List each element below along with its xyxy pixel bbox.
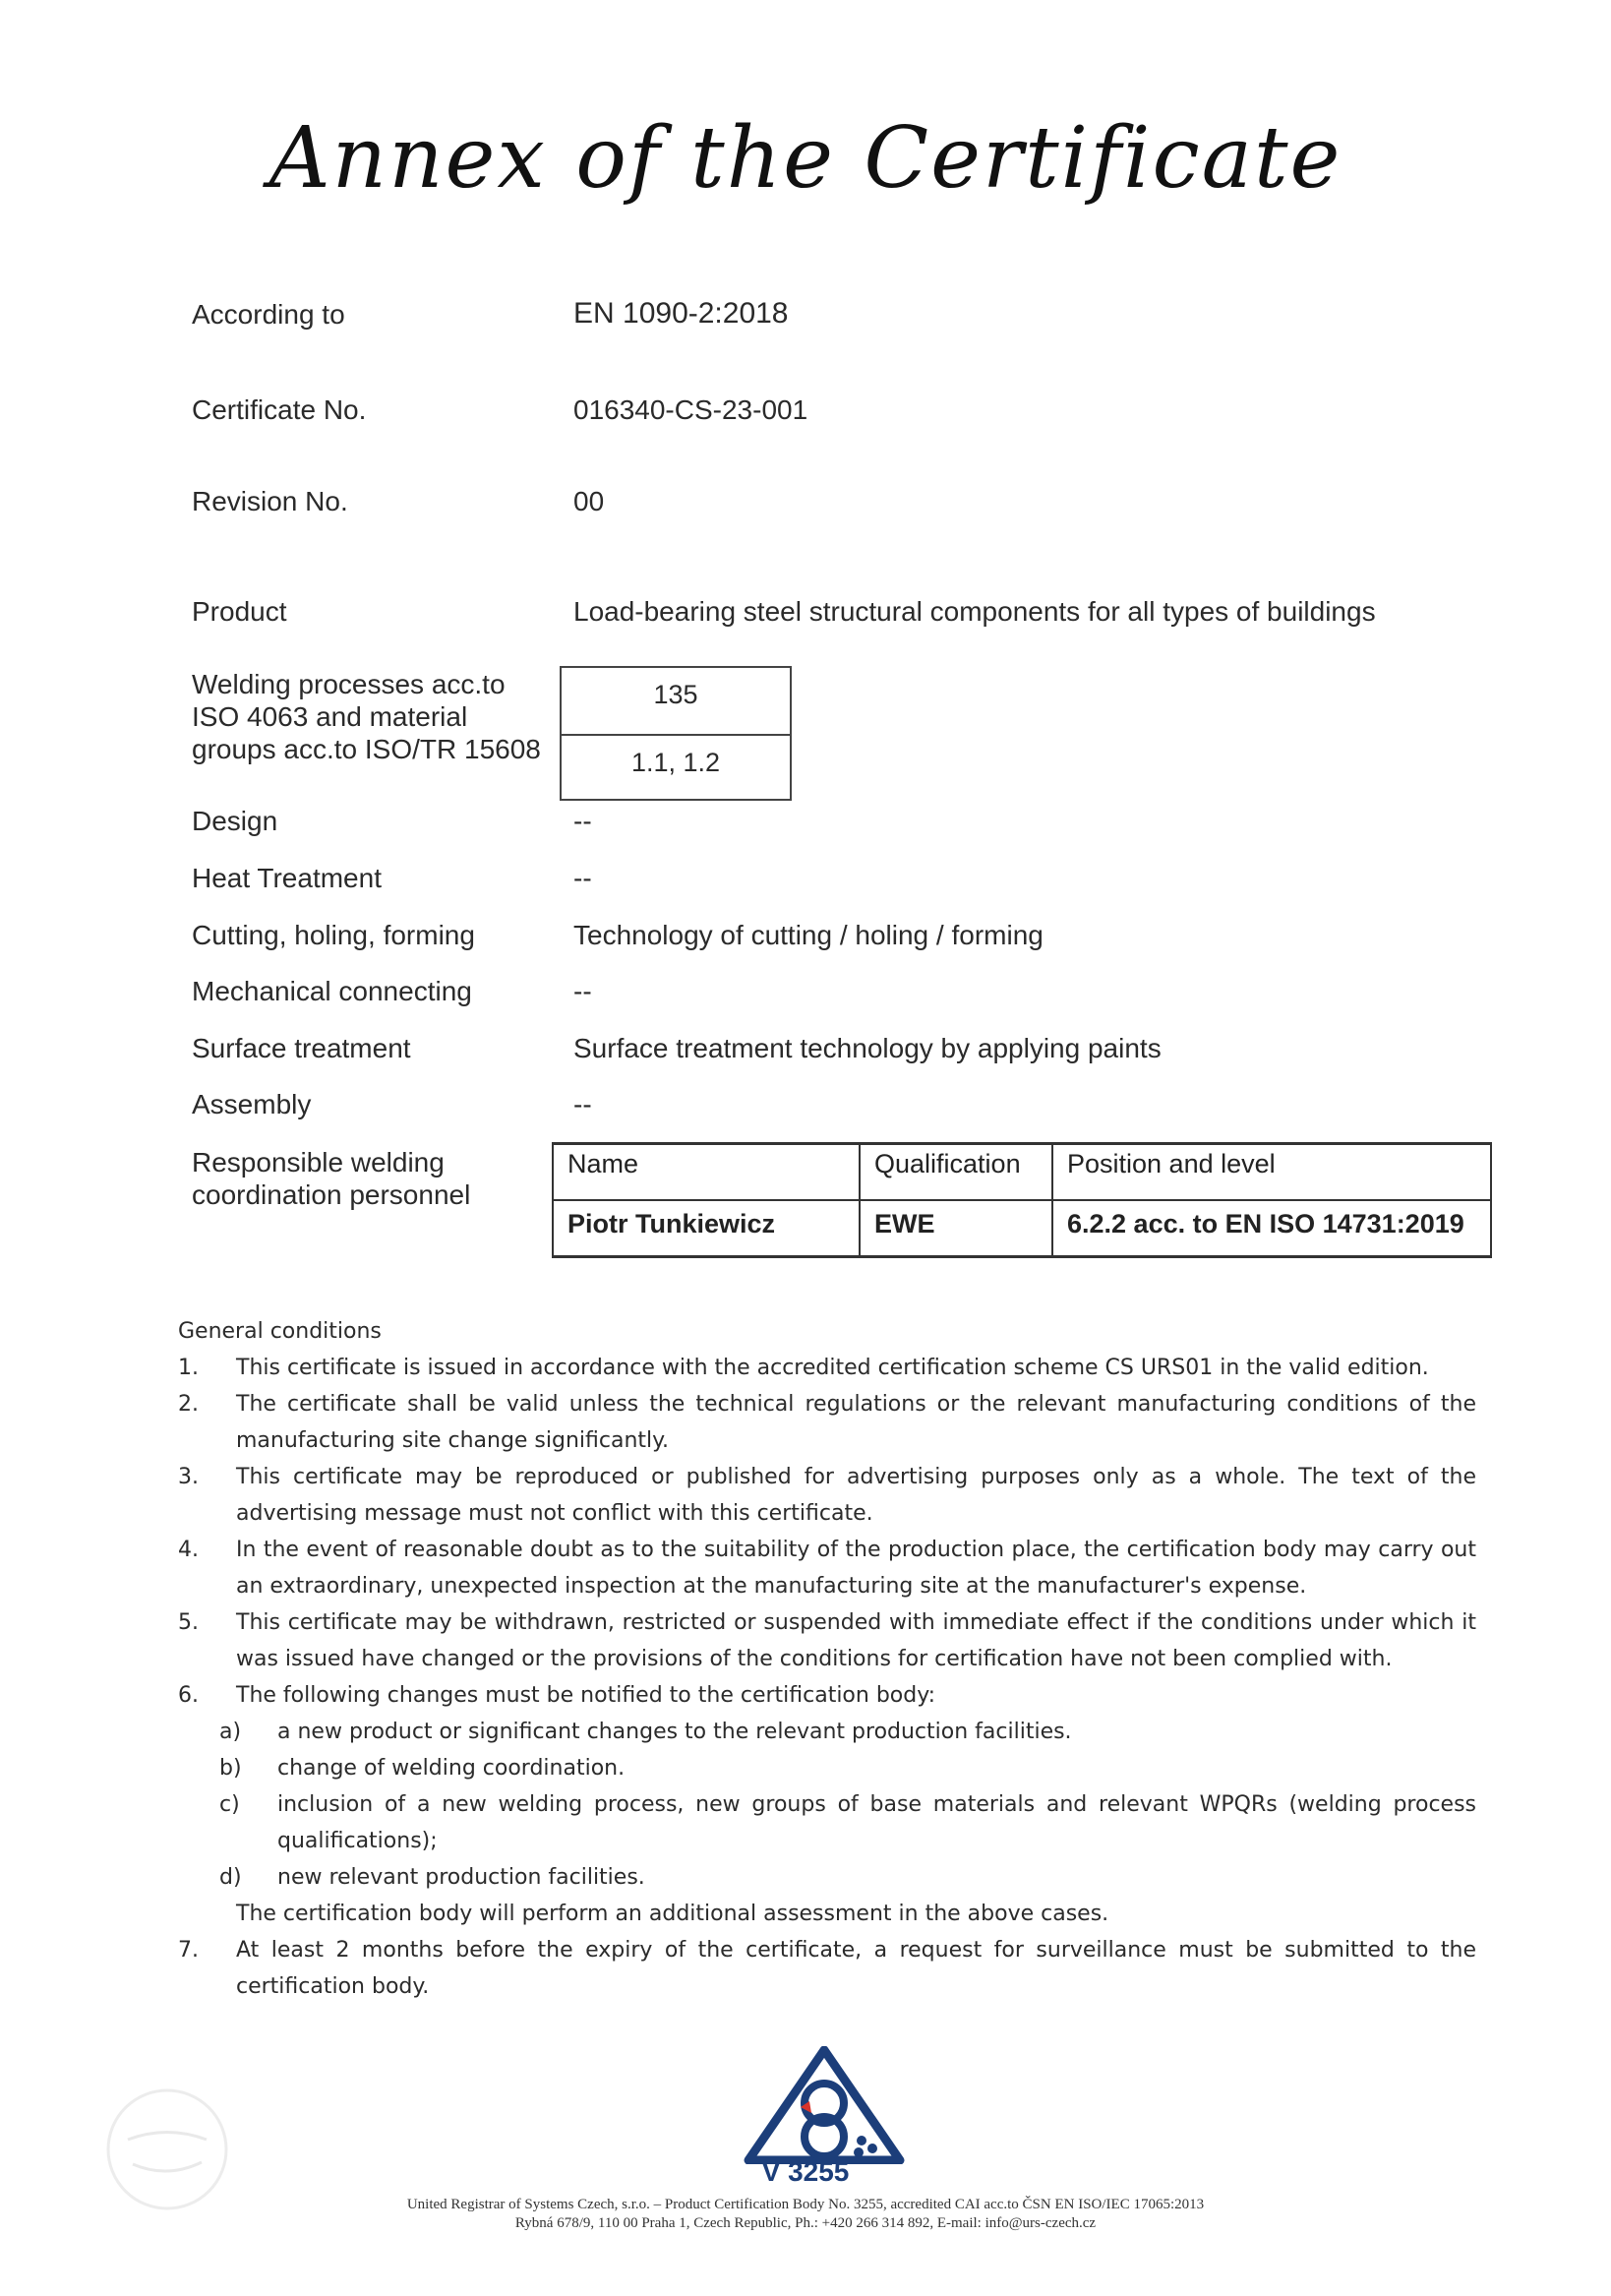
design-label: Design: [192, 805, 277, 837]
certificate-no-value: 016340-CS-23-001: [573, 393, 807, 426]
condition-subitem: a)a new product or significant changes t…: [178, 1714, 1476, 1750]
certification-body-code: V 3255: [0, 2156, 1611, 2188]
general-conditions: General conditions 1.This certificate is…: [178, 1313, 1476, 2005]
according-to-value: EN 1090-2:2018: [573, 297, 789, 330]
personnel-label: Responsible welding coordination personn…: [192, 1146, 470, 1211]
conditions-list: 1.This certificate is issued in accordan…: [178, 1350, 1476, 1714]
person-name: Piotr Tunkiewicz: [553, 1200, 860, 1257]
condition-subitem: d)new relevant production facilities.: [178, 1859, 1476, 1896]
condition-subitem: b)change of welding coordination.: [178, 1750, 1476, 1786]
material-groups-cell: 1.1, 1.2: [562, 736, 790, 801]
column-header-name: Name: [553, 1144, 860, 1201]
mechanical-value: --: [573, 975, 592, 1007]
general-conditions-heading: General conditions: [178, 1313, 1476, 1350]
revision-no-label: Revision No.: [192, 485, 348, 517]
condition-item: 7.At least 2 months before the expiry of…: [178, 1932, 1476, 2005]
cutting-label: Cutting, holing, forming: [192, 919, 475, 951]
column-header-position: Position and level: [1052, 1144, 1491, 1201]
revision-no-value: 00: [573, 485, 604, 517]
table-row: Piotr Tunkiewicz EWE 6.2.2 acc. to EN IS…: [553, 1200, 1491, 1257]
table-header-row: Name Qualification Position and level: [553, 1144, 1491, 1201]
column-header-qualification: Qualification: [860, 1144, 1052, 1201]
surface-label: Surface treatment: [192, 1032, 411, 1064]
condition-item: 2.The certificate shall be valid unless …: [178, 1386, 1476, 1459]
condition-item: 3.This certificate may be reproduced or …: [178, 1459, 1476, 1532]
person-position: 6.2.2 acc. to EN ISO 14731:2019: [1052, 1200, 1491, 1257]
condition-item: 6. The following changes must be notifie…: [178, 1677, 1476, 1714]
personnel-table: Name Qualification Position and level Pi…: [552, 1142, 1492, 1258]
certificate-no-label: Certificate No.: [192, 393, 366, 426]
urs-triangle-logo-icon: [741, 2046, 908, 2164]
according-to-label: According to: [192, 298, 345, 331]
footer-address: United Registrar of Systems Czech, s.r.o…: [0, 2196, 1611, 2233]
footer-line-2: Rybná 678/9, 110 00 Praha 1, Czech Repub…: [0, 2214, 1611, 2233]
condition-item: 1.This certificate is issued in accordan…: [178, 1350, 1476, 1386]
assembly-value: --: [573, 1088, 592, 1120]
footer-line-1: United Registrar of Systems Czech, s.r.o…: [0, 2196, 1611, 2214]
assembly-label: Assembly: [192, 1088, 311, 1120]
document-title: Annex of the Certificate: [0, 116, 1611, 201]
product-label: Product: [192, 595, 287, 628]
welding-process-cell: 135: [562, 668, 790, 736]
condition-item: 4.In the event of reasonable doubt as to…: [178, 1532, 1476, 1604]
heat-treatment-label: Heat Treatment: [192, 862, 382, 894]
heat-treatment-value: --: [573, 862, 592, 894]
product-value: Load-bearing steel structural components…: [573, 595, 1376, 628]
cutting-value: Technology of cutting / holing / forming: [573, 919, 1044, 951]
welding-box: 135 1.1, 1.2: [560, 666, 792, 801]
person-qualification: EWE: [860, 1200, 1052, 1257]
design-value: --: [573, 805, 592, 837]
condition-note: The certification body will perform an a…: [178, 1896, 1476, 1932]
condition-sublist: a)a new product or significant changes t…: [178, 1714, 1476, 1896]
surface-value: Surface treatment technology by applying…: [573, 1032, 1162, 1064]
condition-subitem: c)inclusion of a new welding process, ne…: [178, 1786, 1476, 1859]
mechanical-label: Mechanical connecting: [192, 975, 472, 1007]
welding-label: Welding processes acc.to ISO 4063 and ma…: [192, 668, 541, 765]
condition-item: 5.This certificate may be withdrawn, res…: [178, 1604, 1476, 1677]
